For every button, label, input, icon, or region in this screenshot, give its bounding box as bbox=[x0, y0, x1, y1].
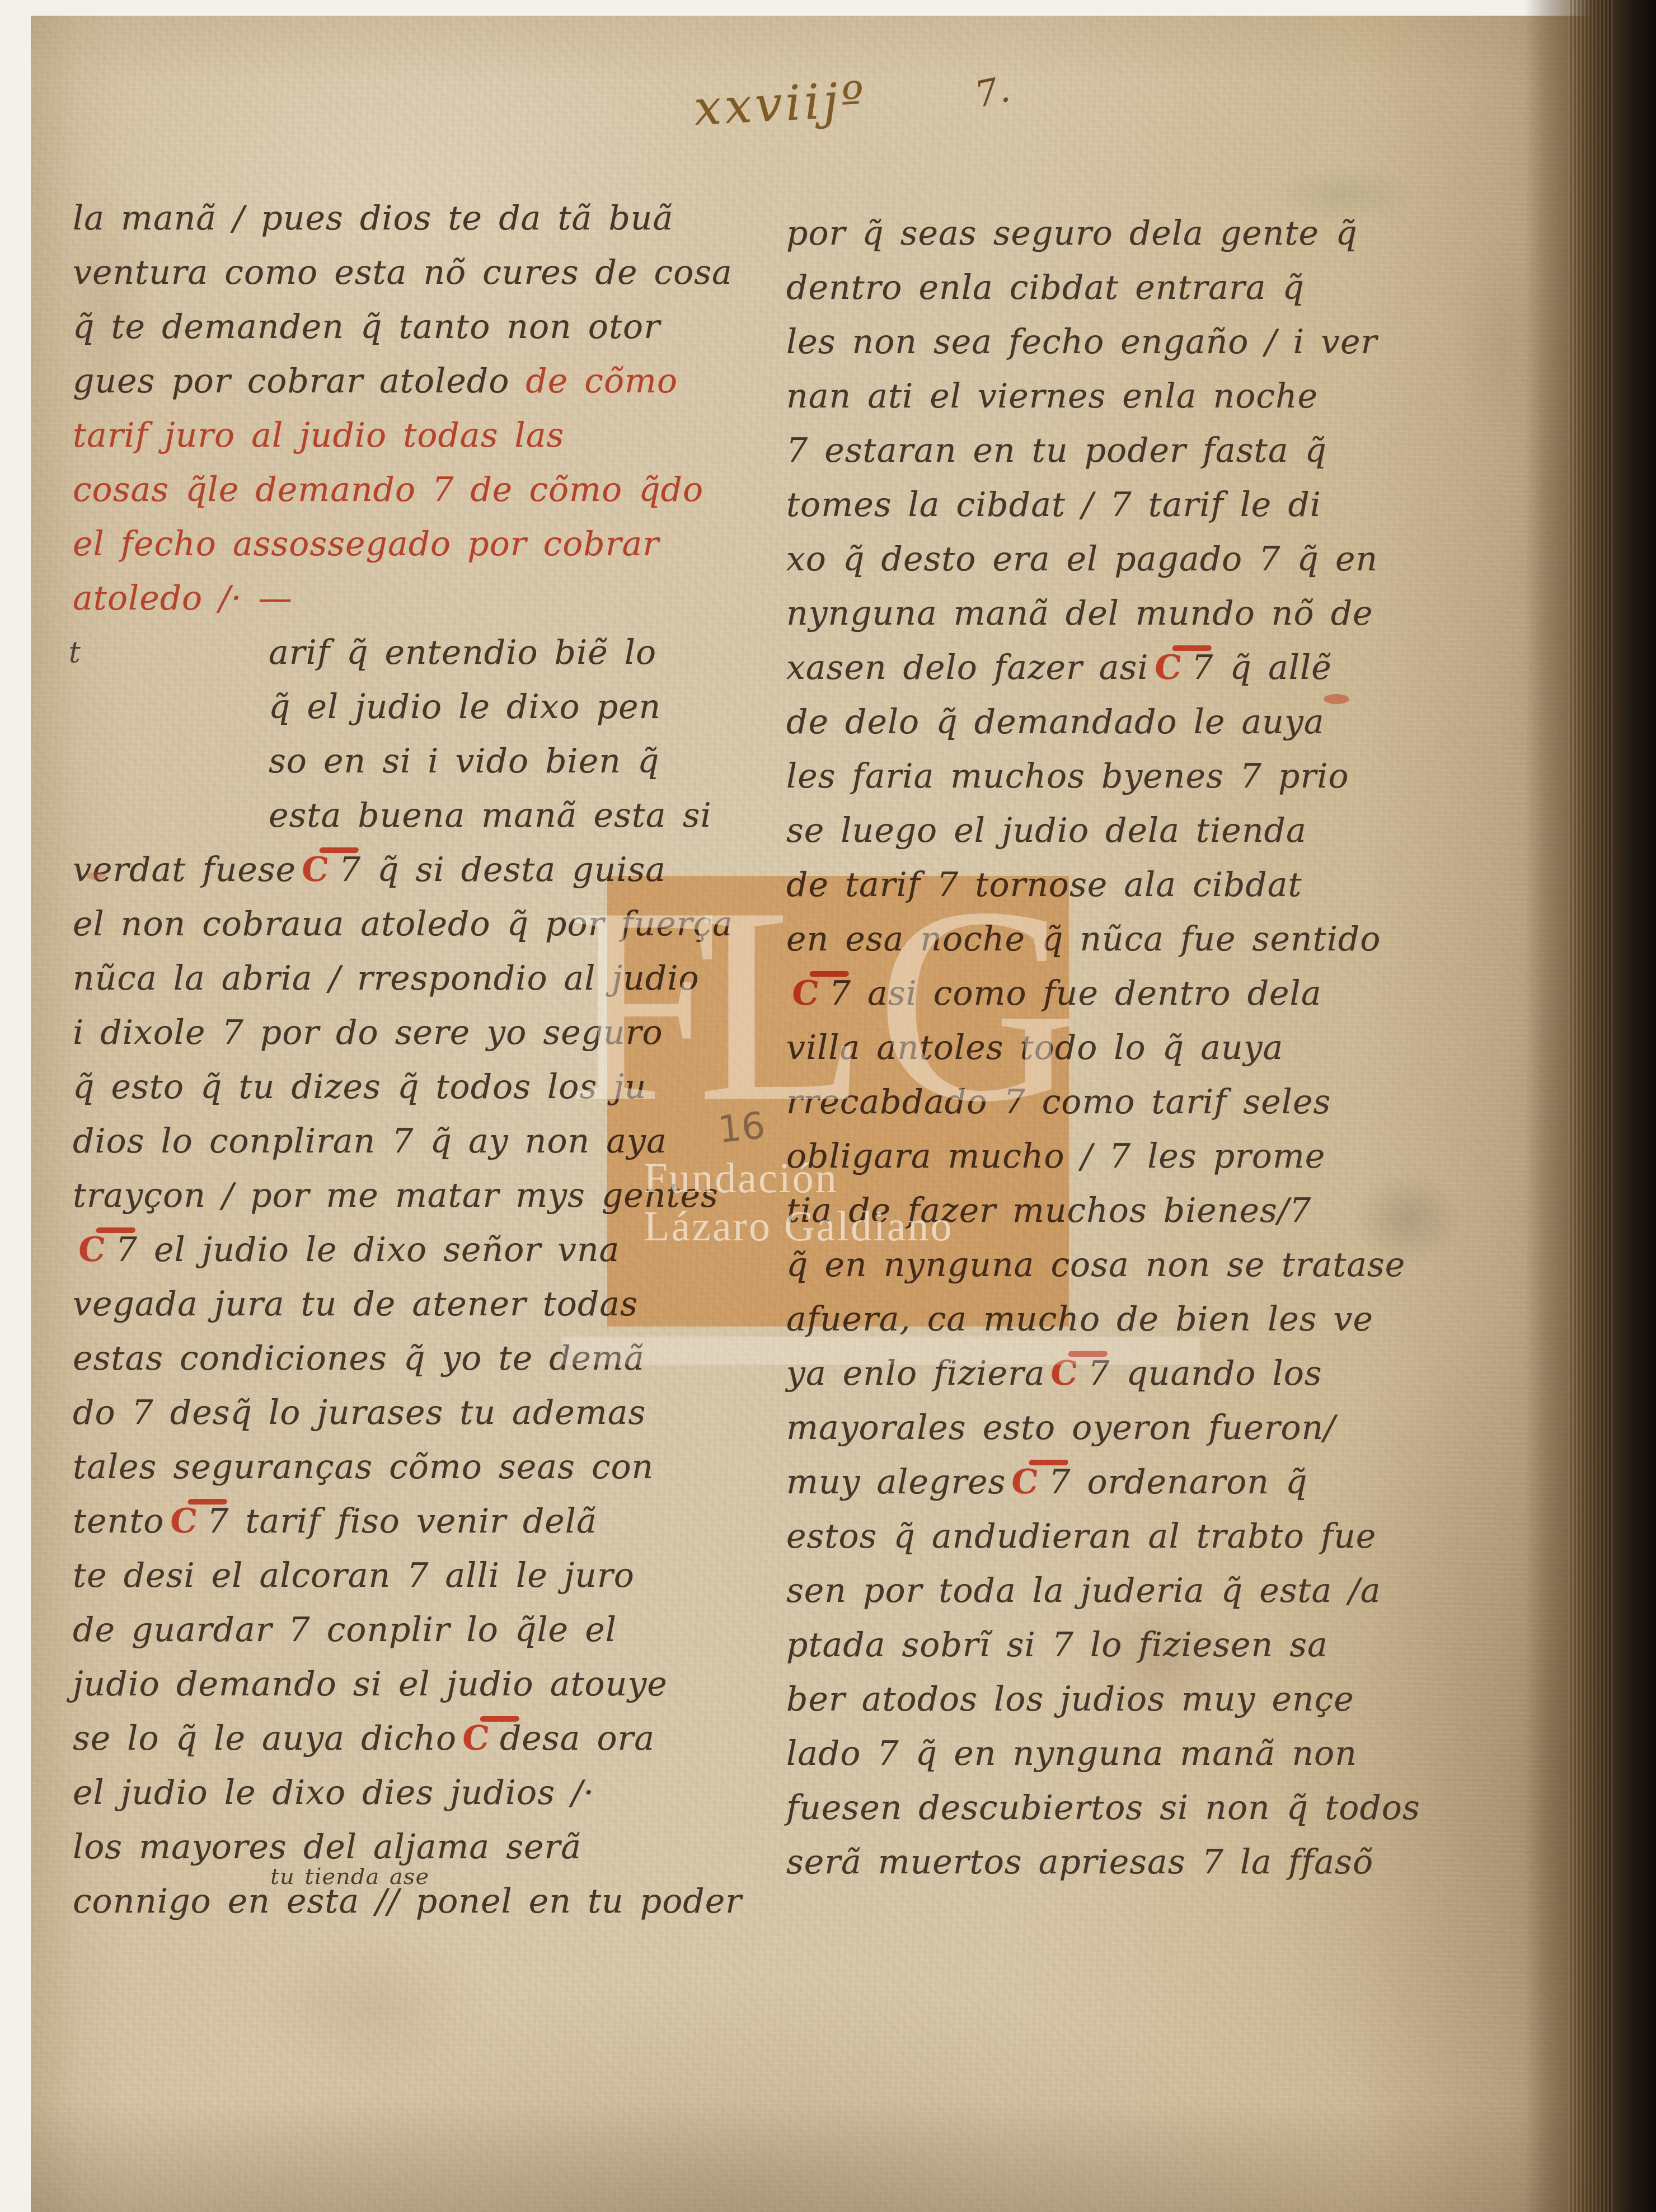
ink-text: se luego el judio dela tienda bbox=[786, 811, 1307, 850]
folio-number: xxviijº bbox=[693, 72, 869, 137]
calderon-mark: C bbox=[299, 843, 332, 897]
ink-text: connigo en esta // ponel en tu poder bbox=[73, 1882, 742, 1921]
red-ink-speck bbox=[87, 872, 106, 880]
ink-text: do 7 desq̃ lo jurases tu ademas bbox=[73, 1393, 646, 1432]
ink-text: 7 estaran en tu poder fasta q̃ bbox=[786, 431, 1327, 470]
calderon-mark: C bbox=[1151, 641, 1184, 695]
ink-text: tento bbox=[73, 1502, 165, 1541]
margin-guide-letter: t bbox=[69, 636, 81, 669]
watermark-text-line2: Lázaro Galdiano bbox=[644, 1202, 954, 1251]
stain bbox=[1061, 1577, 1262, 1745]
ink-text: sen por toda la juderia q̃ esta /a bbox=[786, 1571, 1381, 1610]
manuscript-line: cosas q̃le demando 7 de cõmo q̃do bbox=[73, 463, 742, 517]
ink-text: 7 q̃ allẽ bbox=[1191, 648, 1331, 687]
ink-text: 7 el judio le dixo señor vna bbox=[116, 1230, 620, 1269]
ink-text: q̃ el judio le dixo pen bbox=[269, 687, 661, 727]
ink-text: te desi el alcoran 7 alli le juro bbox=[73, 1556, 635, 1595]
manuscript-line: do 7 desq̃ lo jurases tu ademas bbox=[73, 1386, 742, 1440]
manuscript-line: tales seguranças cõmo seas con bbox=[73, 1440, 742, 1494]
manuscript-line: arif q̃ entendio biẽ lo bbox=[73, 626, 742, 680]
manuscript-line: se lo q̃ le auya dichoCdesa ora bbox=[73, 1712, 742, 1766]
manuscript-line: de guardar 7 conplir lo q̃le el bbox=[73, 1603, 742, 1657]
ink-text: les non sea fecho engaño / i ver bbox=[786, 322, 1377, 362]
red-ink-speck bbox=[1324, 694, 1349, 704]
manuscript-line: 7 estaran en tu poder fasta q̃ bbox=[786, 424, 1420, 478]
manuscript-line: fuesen descubiertos si non q̃ todos bbox=[786, 1781, 1420, 1835]
ink-text: de delo q̃ demandado le auya bbox=[786, 702, 1325, 742]
ink-text: 7 ordenaron q̃ bbox=[1049, 1463, 1307, 1502]
ink-text: serã muertos apriesas 7 la ffasõ bbox=[786, 1843, 1373, 1882]
manuscript-line: les non sea fecho engaño / i ver bbox=[786, 315, 1420, 369]
ink-text: de guardar 7 conplir lo q̃le el bbox=[73, 1610, 617, 1649]
rubric-text: cosas q̃le demando 7 de cõmo q̃do bbox=[73, 470, 703, 509]
ink-text: desa ora bbox=[500, 1719, 655, 1758]
calderon-mark: C bbox=[167, 1494, 200, 1549]
manuscript-scan: xxviijº 7. t 16 la manã / pues dios te d… bbox=[0, 0, 1656, 2212]
manuscript-line: estos q̃ andudieran al trabto fue bbox=[786, 1510, 1420, 1564]
manuscript-line: dentro enla cibdat entrara q̃ bbox=[786, 261, 1420, 315]
manuscript-line: xo q̃ desto era el pagado 7 q̃ en bbox=[786, 532, 1420, 587]
manuscript-line: judio demando si el judio atouye bbox=[73, 1657, 742, 1712]
stain bbox=[1251, 156, 1441, 234]
manuscript-line: atoledo /· — bbox=[73, 571, 742, 626]
ink-text: nan ati el viernes enla noche bbox=[786, 377, 1318, 416]
stain bbox=[1335, 1157, 1480, 1281]
calderon-mark: C bbox=[76, 1223, 109, 1277]
manuscript-line: nynguna manã del mundo nõ de bbox=[786, 587, 1420, 641]
ink-text: vegada jura tu de atener todas bbox=[73, 1285, 638, 1324]
manuscript-line: serã muertos apriesas 7 la ffasõ bbox=[786, 1835, 1420, 1890]
manuscript-line: gues por cobrar atoledo de cõmo bbox=[73, 354, 742, 409]
ink-text: ventura como esta nõ cures de cosa bbox=[73, 253, 733, 292]
rubric-text: de cõmo bbox=[526, 362, 678, 401]
stain bbox=[48, 139, 171, 486]
calderon-mark: C bbox=[1008, 1455, 1042, 1510]
manuscript-line: nan ati el viernes enla noche bbox=[786, 369, 1420, 424]
watermark-text-line1: Fundación bbox=[644, 1154, 838, 1203]
manuscript-line: esta buena manã esta si bbox=[73, 789, 742, 843]
interlinear-note: tu tienda ase bbox=[270, 1864, 429, 1890]
ink-text: el judio le dixo dies judios /· bbox=[73, 1773, 594, 1812]
ink-text: esta buena manã esta si bbox=[269, 796, 712, 835]
manuscript-line: q̃ te demanden q̃ tanto non otor bbox=[73, 300, 742, 354]
book-spine bbox=[1524, 0, 1656, 2212]
manuscript-line: ber atodos los judios muy ençe bbox=[786, 1672, 1420, 1727]
manuscript-line: por q̃ seas seguro dela gente q̃ bbox=[786, 207, 1420, 261]
manuscript-line: tomes la cibdat / 7 tarif le di bbox=[786, 478, 1420, 532]
watermark-letter-g: G bbox=[876, 887, 1078, 1122]
manuscript-line: tentoC7 tarif fiso venir delã bbox=[73, 1494, 742, 1549]
rubric-text: el fecho assossegado por cobrar bbox=[73, 524, 659, 564]
ink-text: mayorales esto oyeron fueron/ bbox=[786, 1408, 1335, 1447]
ink-text: por q̃ seas seguro dela gente q̃ bbox=[786, 214, 1358, 253]
ink-text: arif q̃ entendio biẽ lo bbox=[269, 633, 656, 672]
ink-text: fuesen descubiertos si non q̃ todos bbox=[786, 1788, 1420, 1827]
manuscript-line: lado 7 q̃ en nynguna manã non bbox=[786, 1727, 1420, 1781]
ink-text: tomes la cibdat / 7 tarif le di bbox=[786, 485, 1321, 524]
manuscript-line: les faria muchos byenes 7 prio bbox=[786, 749, 1420, 804]
manuscript-line: ptada sobrĩ si 7 lo fiziesen sa bbox=[786, 1618, 1420, 1672]
ink-text: estas condiciones q̃ yo te demã bbox=[73, 1339, 645, 1378]
ink-text: ptada sobrĩ si 7 lo fiziesen sa bbox=[786, 1625, 1328, 1665]
stain bbox=[215, 1908, 529, 2109]
manuscript-line: so en si i vido bien q̃ bbox=[73, 734, 742, 789]
corner-mark: 7. bbox=[972, 68, 1014, 116]
ink-text: gues por cobrar atoledo bbox=[73, 362, 526, 401]
ink-text: dentro enla cibdat entrara q̃ bbox=[786, 268, 1305, 307]
manuscript-line: los mayores del aljama serã bbox=[73, 1820, 742, 1874]
ink-text: xo q̃ desto era el pagado 7 q̃ en bbox=[786, 540, 1378, 579]
manuscript-line: el judio le dixo dies judios /· bbox=[73, 1766, 742, 1820]
ink-text: so en si i vido bien q̃ bbox=[269, 742, 659, 781]
manuscript-line: te desi el alcoran 7 alli le juro bbox=[73, 1549, 742, 1603]
ink-text: los mayores del aljama serã bbox=[73, 1827, 581, 1867]
rubric-text: atoledo /· — bbox=[73, 579, 293, 618]
ink-text: estos q̃ andudieran al trabto fue bbox=[786, 1517, 1376, 1556]
watermark-letter-l: L bbox=[697, 887, 867, 1122]
ink-text: verdat fuese bbox=[73, 850, 296, 889]
manuscript-line: la manã / pues dios te da tã buã bbox=[73, 191, 742, 246]
manuscript-line: mayorales esto oyeron fueron/ bbox=[786, 1401, 1420, 1455]
ink-text: les faria muchos byenes 7 prio bbox=[786, 757, 1349, 796]
manuscript-line: sen por toda la juderia q̃ esta /a bbox=[786, 1564, 1420, 1618]
rubric-text: tarif juro al judio todas las bbox=[73, 416, 564, 455]
ink-text: xasen delo fazer asi bbox=[786, 648, 1149, 687]
ink-text: tales seguranças cõmo seas con bbox=[73, 1447, 654, 1487]
manuscript-line: muy alegresC7 ordenaron q̃ bbox=[786, 1455, 1420, 1510]
manuscript-line: de delo q̃ demandado le auya bbox=[786, 695, 1420, 749]
watermark-bottom-band bbox=[562, 1337, 1200, 1365]
ink-text: judio demando si el judio atouye bbox=[73, 1665, 668, 1704]
manuscript-line: xasen delo fazer asiC7 q̃ allẽ bbox=[786, 641, 1420, 695]
manuscript-line: ventura como esta nõ cures de cosa bbox=[73, 246, 742, 300]
ink-text: la manã / pues dios te da tã buã bbox=[73, 199, 673, 238]
ink-text: 7 tarif fiso venir delã bbox=[207, 1502, 597, 1541]
ink-text: ber atodos los judios muy ençe bbox=[786, 1680, 1354, 1719]
ink-text: se lo q̃ le auya dicho bbox=[73, 1719, 457, 1758]
calderon-mark: C bbox=[459, 1712, 492, 1766]
ink-text: muy alegres bbox=[786, 1463, 1006, 1502]
manuscript-line: connigo en esta // ponel en tu poder bbox=[73, 1874, 742, 1929]
ink-text: lado 7 q̃ en nynguna manã non bbox=[786, 1734, 1357, 1773]
manuscript-line: el fecho assossegado por cobrar bbox=[73, 517, 742, 571]
manuscript-line: tarif juro al judio todas las bbox=[73, 409, 742, 463]
ink-text: q̃ esto q̃ tu dizes q̃ todos los ju bbox=[73, 1067, 647, 1107]
manuscript-line: q̃ el judio le dixo pen bbox=[73, 680, 742, 734]
ink-text: nynguna manã del mundo nõ de bbox=[786, 594, 1373, 633]
ink-text: q̃ te demanden q̃ tanto non otor bbox=[73, 307, 660, 346]
